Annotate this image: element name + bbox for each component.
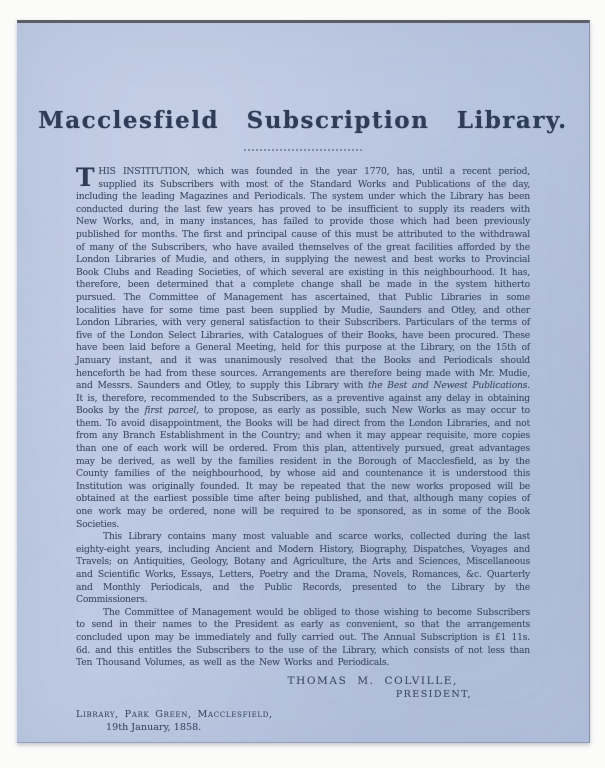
text-segment: to propose, as early as possible, such N… [76, 405, 530, 529]
footer-address: Library, Park Green, Macclesfield, [76, 709, 530, 720]
document-paper: Macclesfield Subscription Library. THIS … [17, 20, 590, 743]
title-divider-rule [244, 149, 362, 151]
signature-role: PRESIDENT, [76, 689, 530, 700]
italic-text-segment: first parcel, [144, 405, 198, 416]
text-segment: The Committee of Management would be obl… [76, 607, 530, 668]
text-segment: HIS INSTITUTION, which was founded in th… [76, 166, 530, 391]
paragraph: The Committee of Management would be obl… [76, 607, 530, 670]
photo-backdrop: Macclesfield Subscription Library. THIS … [0, 0, 605, 768]
signature-block: THOMAS M. COLVILLE, PRESIDENT, [76, 675, 530, 700]
paragraph: THIS INSTITUTION, which was founded in t… [76, 166, 530, 531]
paragraph: This Library contains many most valuable… [76, 531, 530, 607]
italic-text-segment: the Best and Newest Publications. [368, 380, 530, 391]
drop-cap-initial: T [76, 166, 98, 188]
document-title: Macclesfield Subscription Library. [27, 107, 579, 134]
footer-block: Library, Park Green, Macclesfield, 19th … [76, 709, 530, 733]
signature-name: THOMAS M. COLVILLE, [76, 675, 530, 687]
text-segment: This Library contains many most valuable… [76, 531, 530, 605]
body-paragraphs: THIS INSTITUTION, which was founded in t… [76, 166, 530, 670]
footer-date: 19th January, 1858. [106, 722, 530, 733]
